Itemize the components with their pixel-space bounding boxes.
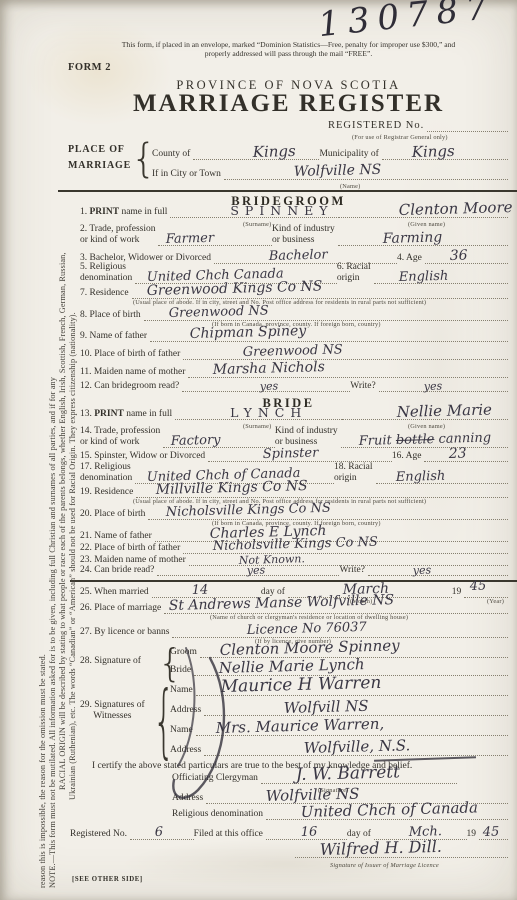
- groom-residence-fill: Greenwood Kings Co NS: [132, 287, 508, 299]
- field-groom-father-birthplace: 10. Place of birth of father Greenwood N…: [80, 348, 508, 360]
- handwritten-groom-given: Clenton Moore: [399, 199, 513, 219]
- bride-read-fill: yes: [157, 564, 339, 576]
- handwritten-married-year: 45: [470, 580, 487, 595]
- city-name-note: (Name): [340, 183, 360, 190]
- field-county-municipality: County of Kings Municipality of Kings: [152, 148, 508, 160]
- groom-residence-label: 7. Residence: [80, 288, 132, 299]
- footer-filed-label: Filed at this office: [194, 829, 266, 840]
- registered-no-field: REGISTERED No.: [328, 120, 508, 132]
- handwritten-groom-can-read: yes: [260, 380, 279, 393]
- county-label: County of: [152, 149, 193, 160]
- county-fill: Kings: [193, 148, 319, 160]
- groom-given-fill: Clenton Moore: [339, 206, 508, 218]
- handwritten-groom-mother: Marsha Nichols: [213, 360, 325, 379]
- groom-write-fill: yes: [379, 380, 508, 392]
- married-year-fill: 45: [464, 586, 508, 598]
- groom-origin-fill: English: [374, 272, 508, 284]
- handwritten-filed-day: 16: [301, 826, 318, 841]
- field-bride-literacy: 24. Can bride read? yes Write? yes: [80, 564, 508, 576]
- handwritten-groom-industry: Farming: [382, 230, 442, 247]
- handwritten-bride-given: Nellie Marie: [396, 402, 492, 421]
- field-registration-footer: Registered No. 6 Filed at this office 16…: [70, 828, 508, 840]
- when-married-label: 25. When married: [80, 587, 152, 598]
- pen-flourish: [148, 640, 258, 830]
- groom-surname-fill: SPINNEY: [170, 206, 339, 218]
- bride-status-fill: Spinster: [208, 450, 392, 462]
- bride-write-label: Write?: [339, 565, 367, 576]
- issuer-signature-fill: Wilfred H. Dill.: [295, 846, 508, 858]
- clergyman-denomination-fill: United Chch of Canada: [266, 808, 508, 820]
- handwritten-groom-birthplace: Greenwood NS: [168, 305, 268, 322]
- field-groom-trade: 2. Trade, professionor kind of work Farm…: [80, 224, 508, 246]
- bride-residence-fill: Millville Kings Co NS: [136, 486, 508, 498]
- handwritten-witness2-address: Wolfville, N.S.: [304, 737, 411, 757]
- groom-mother-fill: Marsha Nichols: [188, 366, 508, 378]
- field-licence-or-banns: 27. By licence or banns Licence No 76037: [80, 626, 508, 638]
- bride-father-label: 21. Name of father: [80, 531, 155, 542]
- field-groom-father: 9. Name of father Chipman Spiney: [80, 330, 508, 342]
- bride-given-fill: Nellie Marie: [342, 408, 508, 420]
- bride-trade-fill: Factory: [163, 436, 275, 448]
- handwritten-groom-surname: SPINNEY: [230, 204, 333, 218]
- handwritten-bride-status: Spinster: [263, 447, 319, 463]
- field-issuer-signature: Wilfred H. Dill.: [295, 846, 508, 858]
- place-of-marriage-label: PLACE OF MARRIAGE: [68, 142, 131, 174]
- margin-note-line1: NOTE.—This form must not be mutilated. A…: [48, 377, 57, 888]
- bride-birthplace-label: 20. Place of birth: [80, 509, 148, 520]
- place-of-marriage-note: (Name of church or clergyman's residence…: [210, 614, 408, 621]
- licence-fill: Licence No 76037: [172, 626, 508, 638]
- handwritten-county: Kings: [253, 143, 296, 161]
- registered-no-label: REGISTERED No.: [328, 120, 427, 132]
- handwritten-groom-trade: Farmer: [166, 232, 215, 248]
- handwritten-issuer-signature: Wilfred H. Dill.: [320, 838, 443, 859]
- handwritten-groom-can-write: yes: [423, 380, 442, 393]
- handwritten-city: Wolfville NS: [293, 163, 381, 181]
- year-prefix: 19: [452, 587, 465, 598]
- footer-year-prefix: 19: [467, 829, 480, 840]
- municipality-fill: Kings: [382, 148, 508, 160]
- field-groom-mother: 11. Maiden name of mother Marsha Nichols: [80, 366, 508, 378]
- handwritten-clergyman-denomination: United Chch of Canada: [301, 800, 479, 821]
- groom-mother-label: 11. Maiden name of mother: [80, 367, 188, 378]
- mail-note-line2: properly addressed will pass through the…: [60, 49, 517, 58]
- field-groom-literacy: 12. Can bridegroom read? yes Write? yes: [80, 380, 508, 392]
- field-groom-residence: 7. Residence Greenwood Kings Co NS: [80, 287, 508, 299]
- handwritten-witness1-address: Wolfvill NS: [284, 698, 369, 717]
- handwritten-serial-number: 130787: [316, 0, 497, 45]
- bride-origin-fill: English: [376, 472, 509, 484]
- bride-residence-label: 19. Residence: [80, 487, 136, 498]
- marriage-register-document: 130787 This form, if placed in an envelo…: [0, 0, 517, 900]
- margin-racial-origin-line2: Ukrainian (Ruthenian), etc. The words “C…: [68, 312, 77, 800]
- field-bride-residence: 19. Residence Millville Kings Co NS: [80, 486, 508, 498]
- bride-industry-fill: Fruit bottle canning: [341, 436, 508, 448]
- footer-filed-year-fill: 45: [479, 828, 508, 840]
- licence-label: 27. By licence or banns: [80, 627, 172, 638]
- municipality-label: Municipality of: [319, 149, 381, 160]
- bride-status-label: 15. Spinster, Widow or Divorced: [80, 451, 208, 462]
- field-bride-birthplace: 20. Place of birth Nicholsville Kings Co…: [80, 508, 508, 520]
- margin-note-line2: reason this is impossible, the reason fo…: [38, 654, 47, 888]
- field-city-town: If in City or Town Wolfville NS: [152, 168, 508, 180]
- field-bride-trade: 14. Trade, professionor kind of work Fac…: [80, 426, 508, 448]
- field-groom-birthplace: 8. Place of birth Greenwood NS: [80, 309, 508, 321]
- bride-father-birthplace-label: 22. Place of birth of father: [80, 543, 183, 554]
- groom-father-label: 9. Name of father: [80, 331, 150, 342]
- place-of-marriage-row-label: 26. Place of marriage: [80, 603, 164, 614]
- clergyman-fill: J. W. Barrett: [261, 772, 457, 784]
- bride-age-fill: 23: [424, 450, 508, 462]
- handwritten-groom-father-birthplace: Greenwood NS: [243, 344, 343, 361]
- footer-registered-label: Registered No.: [70, 829, 130, 840]
- issuer-signature-note: Signature of Issuer of Marriage Licence: [330, 862, 439, 869]
- bride-surname-fill: LYNCH: [175, 408, 341, 420]
- groom-father-birthplace-label: 10. Place of birth of father: [80, 349, 183, 360]
- bride-age-label: 16. Age: [392, 451, 425, 462]
- field-groom-name: 1. PRINT name in full SPINNEY Clenton Mo…: [80, 206, 508, 218]
- bride-birthplace-fill: Nicholsville Kings Co NS: [148, 508, 508, 520]
- handwritten-bride-origin: English: [395, 470, 445, 486]
- city-fill: Wolfville NS: [224, 168, 508, 180]
- handwritten-bride-trade: Factory: [171, 434, 221, 450]
- handwritten-municipality: Kings: [411, 143, 454, 161]
- field-bride-status: 15. Spinster, Widow or Divorced Spinster…: [80, 450, 508, 462]
- signature-of-label: 28. Signature of: [80, 656, 141, 666]
- bride-write-fill: yes: [368, 564, 508, 576]
- handwritten-bride-can-write: yes: [413, 564, 432, 577]
- page-title: MARRIAGE REGISTER: [60, 90, 517, 118]
- witnesses-label: 29. Signatures of Witnesses: [80, 700, 145, 723]
- groom-industry-fill: Farming: [338, 234, 508, 246]
- place-of-marriage-fill: St Andrews Manse Wolfville NS: [164, 602, 508, 614]
- handwritten-licence-number: Licence No 76037: [247, 621, 367, 639]
- margin-racial-origin-line1: RACIAL ORIGIN will be described by stati…: [58, 252, 67, 790]
- groom-write-label: Write?: [350, 381, 378, 392]
- handwritten-bride-can-read: yes: [247, 564, 266, 577]
- handwritten-groom-father: Chipman Spiney: [190, 324, 307, 343]
- registered-no-note: (For use of Registrar General only): [352, 134, 448, 141]
- handwritten-clergyman-signature: J. W. Barrett: [295, 763, 400, 785]
- mail-note-line1: This form, if placed in an envelope, mar…: [60, 40, 517, 49]
- groom-read-fill: yes: [182, 380, 350, 392]
- bride-read-label: 24. Can bride read?: [80, 565, 157, 576]
- form-number: FORM 2: [68, 62, 111, 73]
- field-place-of-marriage: 26. Place of marriage St Andrews Manse W…: [80, 602, 508, 614]
- footer-filed-day-fill: 16: [266, 828, 347, 840]
- groom-father-birthplace-fill: Greenwood NS: [183, 348, 508, 360]
- section-rule-top: [58, 190, 517, 192]
- bride-father-birthplace-fill: Nicholsville Kings Co NS: [183, 542, 508, 554]
- handwritten-bride-surname: LYNCH: [230, 406, 307, 420]
- city-label: If in City or Town: [152, 169, 224, 180]
- registered-no-blank: [427, 120, 508, 132]
- groom-read-label: 12. Can bridegroom read?: [80, 381, 182, 392]
- groom-father-fill: Chipman Spiney: [150, 330, 508, 342]
- groom-trade-fill: Farmer: [158, 234, 271, 246]
- groom-birthplace-fill: Greenwood NS: [144, 309, 508, 321]
- section-rule-marriage: [70, 580, 517, 582]
- handwritten-groom-origin: English: [398, 270, 448, 286]
- handwritten-groom-residence: Greenwood Kings Co NS: [146, 280, 322, 300]
- pen-stroke: [374, 756, 476, 761]
- handwritten-filed-year: 45: [483, 826, 500, 841]
- handwritten-bride-age: 23: [449, 447, 467, 463]
- field-bride-name: 13. PRINT name in full LYNCH Nellie Mari…: [80, 408, 508, 420]
- handwritten-bride-residence: Millville Kings Co NS: [156, 479, 308, 499]
- handwritten-bride-birthplace: Nicholsville Kings Co NS: [166, 502, 331, 521]
- handwritten-place-of-marriage: St Andrews Manse Wolfville NS: [169, 593, 395, 615]
- see-other-side-note: [SEE OTHER SIDE]: [72, 876, 143, 883]
- groom-birthplace-label: 8. Place of birth: [80, 310, 144, 321]
- handwritten-bride-industry: Fruit bottle canning: [358, 431, 491, 449]
- struck-word: bottle: [395, 432, 434, 448]
